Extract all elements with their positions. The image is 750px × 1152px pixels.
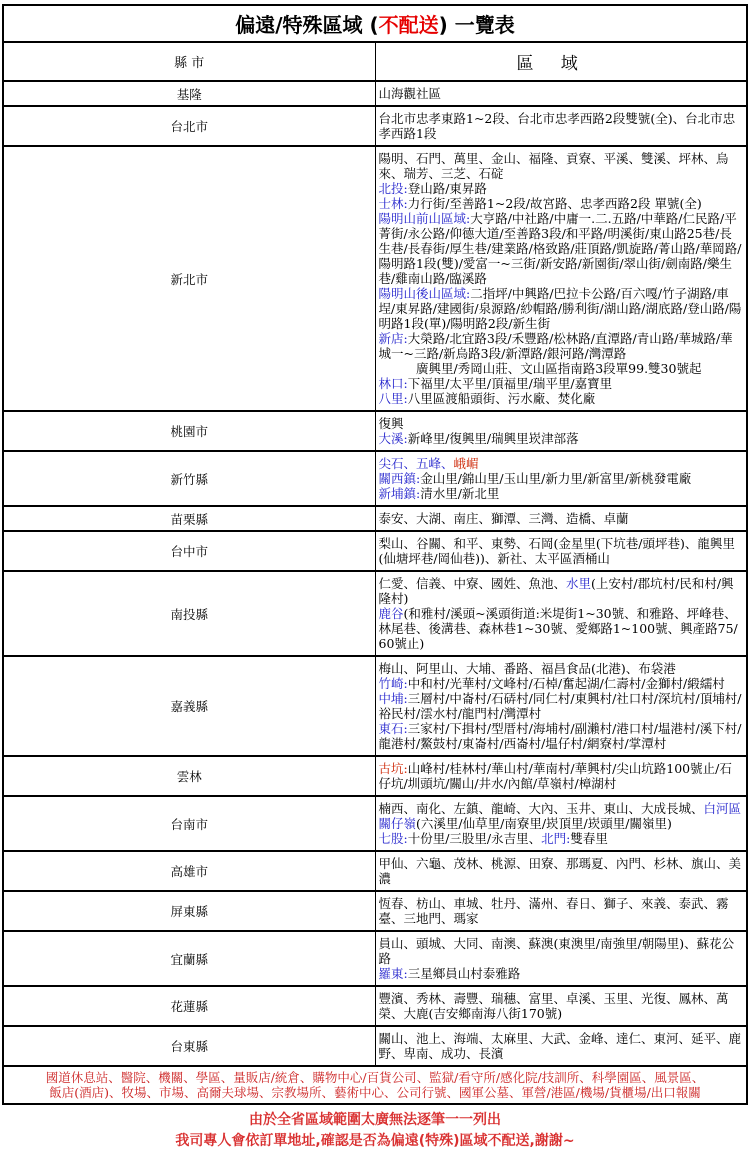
footer-line-2: 我司專人會依訂單地址,確認是否為偏遠(特殊)區域不配送,謝謝~ — [2, 1131, 748, 1152]
region-cell: 陽明、石門、萬里、金山、福隆、貢寮、平溪、雙溪、坪林、烏來、瑞芳、三芝、石碇北投… — [375, 146, 747, 411]
notice-line: 國道休息站、醫院、機關、學區、量販店/統倉、購物中心/百貨公司、監獄/看守所/感… — [6, 1070, 744, 1085]
district-label: 陽明山前山區域: — [379, 211, 471, 226]
table-row: 基隆山海觀社區 — [3, 81, 747, 106]
district-label: 東石: — [379, 721, 408, 736]
notice-box: 國道休息站、醫院、機關、學區、量販店/統倉、購物中心/百貨公司、監獄/看守所/感… — [3, 1066, 747, 1104]
region-text: 金山里/錦山里/玉山里/新力里/新富里/新桃發電廠 — [420, 471, 691, 486]
county-label: 屏東縣 — [3, 891, 375, 931]
region-text: 關山、池上、海端、太麻里、大武、金峰、達仁、東河、延平、鹿野、卑南、成功、長濱 — [379, 1031, 742, 1061]
table-row: 台東縣關山、池上、海端、太麻里、大武、金峰、達仁、東河、延平、鹿野、卑南、成功、… — [3, 1026, 747, 1066]
county-label: 高雄市 — [3, 851, 375, 891]
region-cell: 泰安、大湖、南庄、獅潭、三灣、造橋、卓蘭 — [375, 506, 747, 531]
region-cell: 甲仙、六龜、茂林、桃源、田寮、那瑪夏、內門、杉林、旗山、美濃 — [375, 851, 747, 891]
region-line: 豐濱、秀林、壽豐、瑞穗、富里、卓溪、玉里、光復、鳳林、萬榮、大鹿(吉安鄉南海八街… — [379, 991, 744, 1021]
district-label: 關西鎮: — [379, 471, 421, 486]
region-cell: 尖石、五峰、峨嵋關西鎮:金山里/錦山里/玉山里/新力里/新富里/新桃發電廠新埔鎮… — [375, 451, 747, 506]
region-line: 甲仙、六龜、茂林、桃源、田寮、那瑪夏、內門、杉林、旗山、美濃 — [379, 856, 744, 886]
table-row: 屏東縣恆春、枋山、車城、牡丹、滿州、春日、獅子、來義、泰武、霧臺、三地門、瑪家 — [3, 891, 747, 931]
region-text: 復興 — [379, 416, 404, 431]
county-label: 新竹縣 — [3, 451, 375, 506]
region-column-header: 區域 — [375, 42, 747, 81]
district-label: 水里 — [566, 576, 591, 591]
region-text: 梨山、谷關、和平、東勢、石岡(金星里(下坑巷/頭坪巷)、龍興里(仙塘坪巷/岡仙巷… — [379, 536, 735, 566]
region-line: 梨山、谷關、和平、東勢、石岡(金星里(下坑巷/頭坪巷)、龍興里(仙塘坪巷/岡仙巷… — [379, 536, 744, 566]
region-text: 陽明、石門、萬里、金山、福隆、貢寮、平溪、雙溪、坪林、烏來、瑞芳、三芝、石碇 — [379, 151, 729, 181]
page-sheet: 偏遠/特殊區域 (不配送) 一覽表 縣 市 區域 基隆山海觀社區台北市台北市忠孝… — [0, 0, 750, 1152]
region-text: 梅山、阿里山、大埔、番路、福昌食品(北港)、布袋港 — [379, 661, 676, 676]
county-label: 桃園市 — [3, 411, 375, 451]
region-line: 泰安、大湖、南庄、獅潭、三灣、造橋、卓蘭 — [379, 511, 744, 526]
region-text: 中和村/光華村/文峰村/石棹/奮起湖/仁壽村/金獅村/緞繻村 — [408, 676, 725, 691]
region-text: 廣興里/秀岡山莊、文山區指南路3段單99.雙30號起 — [379, 361, 702, 376]
region-text: 登山路/東昇路 — [408, 181, 487, 196]
region-cell: 員山、頭城、大同、南澳、蘇澳(東澳里/南強里/朝陽里)、蘇花公路羅東:三星鄉員山… — [375, 931, 747, 986]
header-row: 縣 市 區域 — [3, 42, 747, 81]
table-row: 苗栗縣泰安、大湖、南庄、獅潭、三灣、造橋、卓蘭 — [3, 506, 747, 531]
region-line: 關西鎮:金山里/錦山里/玉山里/新力里/新富里/新桃發電廠 — [379, 471, 744, 486]
region-text: (六溪里/仙草里/南寮里/崁頂里/崁頭里/關嶺里) — [416, 816, 672, 831]
district-label: 七股: — [379, 831, 408, 846]
region-line: 山海觀社區 — [379, 86, 744, 101]
region-text: 恆春、枋山、車城、牡丹、滿州、春日、獅子、來義、泰武、霧臺、三地門、瑪家 — [379, 896, 729, 926]
region-line: 東石:三家村/下揖村/型厝村/海埔村/副瀨村/港口村/塭港村/溪下村/龍港村/鰲… — [379, 721, 744, 751]
title-row: 偏遠/特殊區域 (不配送) 一覽表 — [3, 5, 747, 42]
region-cell: 梅山、阿里山、大埔、番路、福昌食品(北港)、布袋港竹崎:中和村/光華村/文峰村/… — [375, 656, 747, 756]
table-row: 宜蘭縣員山、頭城、大同、南澳、蘇澳(東澳里/南強里/朝陽里)、蘇花公路羅東:三星… — [3, 931, 747, 986]
county-label: 花蓮縣 — [3, 986, 375, 1026]
table-row: 台南市楠西、南化、左鎮、龍崎、大內、玉井、東山、大成長城、白河區關仔嶺(六溪里/… — [3, 796, 747, 851]
region-text: 清水里/新北里 — [420, 486, 499, 501]
district-label: 峨嵋 — [454, 456, 479, 471]
region-text: 大榮路/北宜路3段/禾豐路/松林路/直潭路/青山路/華城路/華城一~三路/新烏路… — [379, 331, 733, 361]
region-line: 員山、頭城、大同、南澳、蘇澳(東澳里/南強里/朝陽里)、蘇花公路 — [379, 936, 744, 966]
region-line: 恆春、枋山、車城、牡丹、滿州、春日、獅子、來義、泰武、霧臺、三地門、瑪家 — [379, 896, 744, 926]
table-row: 新北市陽明、石門、萬里、金山、福隆、貢寮、平溪、雙溪、坪林、烏來、瑞芳、三芝、石… — [3, 146, 747, 411]
page-title: 偏遠/特殊區域 (不配送) 一覽表 — [3, 5, 747, 42]
region-line: 陽明、石門、萬里、金山、福隆、貢寮、平溪、雙溪、坪林、烏來、瑞芳、三芝、石碇 — [379, 151, 744, 181]
district-label: 中埔: — [379, 691, 408, 706]
region-text: 力行街/至善路1~2段/故宮路、忠孝西路2段 單號(全) — [408, 196, 702, 211]
region-line: 尖石、五峰、峨嵋 — [379, 456, 744, 471]
region-line: 北投:登山路/東昇路 — [379, 181, 744, 196]
district-label: 鹿谷 — [379, 606, 404, 621]
region-cell: 豐濱、秀林、壽豐、瑞穗、富里、卓溪、玉里、光復、鳳林、萬榮、大鹿(吉安鄉南海八街… — [375, 986, 747, 1026]
title-no-delivery: 不配送 — [379, 13, 439, 37]
region-cell: 古坑:山峰村/桂林村/華山村/華南村/華興村/尖山坑路100號止/石仔坑/圳頭坑… — [375, 756, 747, 796]
county-label: 台北市 — [3, 106, 375, 146]
footer-line-1: 由於全省區域範圍太廣無法逐筆一一列出 — [2, 1110, 748, 1131]
region-table-body: 基隆山海觀社區台北市台北市忠孝東路1~2段、台北市忠孝西路2段雙號(全)、台北市… — [3, 81, 747, 1066]
region-line: 陽明山前山區域:大亨路/中社路/中庸一.二.五路/中華路/仁民路/平菁街/永公路… — [379, 211, 744, 286]
table-row: 台中市梨山、谷關、和平、東勢、石岡(金星里(下坑巷/頭坪巷)、龍興里(仙塘坪巷/… — [3, 531, 747, 571]
region-text: 三星鄉員山村泰雅路 — [408, 966, 521, 981]
region-line: 新店:大榮路/北宜路3段/禾豐路/松林路/直潭路/青山路/華城路/華城一~三路/… — [379, 331, 744, 361]
county-label: 台中市 — [3, 531, 375, 571]
county-label: 新北市 — [3, 146, 375, 411]
region-text: 台北市忠孝東路1~2段、台北市忠孝西路2段雙號(全)、台北市忠孝西路1段 — [379, 111, 736, 141]
county-label: 苗栗縣 — [3, 506, 375, 531]
district-label: 林口: — [379, 376, 408, 391]
district-label: 竹崎: — [379, 676, 408, 691]
district-label: 八里: — [379, 391, 408, 406]
county-label: 基隆 — [3, 81, 375, 106]
county-column-header: 縣 市 — [3, 42, 375, 81]
table-row: 南投縣仁愛、信義、中寮、國姓、魚池、水里(上安村/郡坑村/民和村/興隆村)鹿谷(… — [3, 571, 747, 656]
region-cell: 關山、池上、海端、太麻里、大武、金峰、達仁、東河、延平、鹿野、卑南、成功、長濱 — [375, 1026, 747, 1066]
region-line: 關山、池上、海端、太麻里、大武、金峰、達仁、東河、延平、鹿野、卑南、成功、長濱 — [379, 1031, 744, 1061]
region-cell: 仁愛、信義、中寮、國姓、魚池、水里(上安村/郡坑村/民和村/興隆村)鹿谷(和雅村… — [375, 571, 747, 656]
region-cell: 梨山、谷關、和平、東勢、石岡(金星里(下坑巷/頭坪巷)、龍興里(仙塘坪巷/岡仙巷… — [375, 531, 747, 571]
region-line: 竹崎:中和村/光華村/文峰村/石棹/奮起湖/仁壽村/金獅村/緞繻村 — [379, 676, 744, 691]
district-label: 新店: — [379, 331, 408, 346]
district-label: 大溪: — [379, 431, 408, 446]
region-cell: 山海觀社區 — [375, 81, 747, 106]
region-cell: 恆春、枋山、車城、牡丹、滿州、春日、獅子、來義、泰武、霧臺、三地門、瑪家 — [375, 891, 747, 931]
district-label: 羅東: — [379, 966, 408, 981]
region-text: 豐濱、秀林、壽豐、瑞穗、富里、卓溪、玉里、光復、鳳林、萬榮、大鹿(吉安鄉南海八街… — [379, 991, 729, 1021]
region-line: 陽明山後山區域:二指坪/中興路/巴拉卡公路/百六嘎/竹子湖路/車埕/東昇路/建國… — [379, 286, 744, 331]
region-line: 新埔鎮:清水里/新北里 — [379, 486, 744, 501]
region-cell: 復興大溪:新峰里/復興里/瑞興里崁津部落 — [375, 411, 747, 451]
region-text: 下福里/太平里/頂福里/瑞平里/嘉寶里 — [408, 376, 612, 391]
district-label: 北門: — [541, 831, 570, 846]
region-text: (和雅村/溪頭~溪頭街道:米堤街1~30號、和雅路、坪峰巷、林尾巷、後溝巷、森林… — [379, 606, 738, 651]
footer-note: 由於全省區域範圍太廣無法逐筆一一列出 我司專人會依訂單地址,確認是否為偏遠(特殊… — [2, 1110, 748, 1152]
region-cell: 楠西、南化、左鎮、龍崎、大內、玉井、東山、大成長城、白河區關仔嶺(六溪里/仙草里… — [375, 796, 747, 851]
region-line: 廣興里/秀岡山莊、文山區指南路3段單99.雙30號起 — [379, 361, 744, 376]
region-text: 楠西、南化、左鎮、龍崎、大內、玉井、東山、大成長城、 — [379, 801, 704, 816]
region-line: 士林:力行街/至善路1~2段/故宮路、忠孝西路2段 單號(全) — [379, 196, 744, 211]
region-line: 鹿谷(和雅村/溪頭~溪頭街道:米堤街1~30號、和雅路、坪峰巷、林尾巷、後溝巷、… — [379, 606, 744, 651]
region-line: 梅山、阿里山、大埔、番路、福昌食品(北港)、布袋港 — [379, 661, 744, 676]
table-row: 花蓮縣豐濱、秀林、壽豐、瑞穗、富里、卓溪、玉里、光復、鳳林、萬榮、大鹿(吉安鄉南… — [3, 986, 747, 1026]
region-text: 三家村/下揖村/型厝村/海埔村/副瀨村/港口村/塭港村/溪下村/龍港村/鰲鼓村/… — [379, 721, 742, 751]
table-row: 台北市台北市忠孝東路1~2段、台北市忠孝西路2段雙號(全)、台北市忠孝西路1段 — [3, 106, 747, 146]
region-line: 中埔:三層村/中崙村/石硦村/同仁村/東興村/社口村/深坑村/頂埔村/裕民村/澐… — [379, 691, 744, 721]
region-text: 山峰村/桂林村/華山村/華南村/華興村/尖山坑路100號止/石仔坑/圳頭坑/關山… — [379, 761, 732, 791]
region-text: 仁愛、信義、中寮、國姓、魚池、 — [379, 576, 567, 591]
table-row: 高雄市甲仙、六龜、茂林、桃源、田寮、那瑪夏、內門、杉林、旗山、美濃 — [3, 851, 747, 891]
district-label: 新埔鎮: — [379, 486, 421, 501]
region-text: 十份里/三股里/永吉里、 — [408, 831, 541, 846]
notice-line: 飯店(酒店)、牧場、市場、高爾夫球場、宗教場所、藝術中心、公司行號、國軍公墓、軍… — [6, 1085, 744, 1100]
table-row: 嘉義縣梅山、阿里山、大埔、番路、福昌食品(北港)、布袋港竹崎:中和村/光華村/文… — [3, 656, 747, 756]
remote-area-table: 偏遠/特殊區域 (不配送) 一覽表 縣 市 區域 基隆山海觀社區台北市台北市忠孝… — [2, 4, 748, 1105]
table-row: 桃園市復興大溪:新峰里/復興里/瑞興里崁津部落 — [3, 411, 747, 451]
notice-row: 國道休息站、醫院、機關、學區、量販店/統倉、購物中心/百貨公司、監獄/看守所/感… — [3, 1066, 747, 1104]
county-label: 宜蘭縣 — [3, 931, 375, 986]
region-line: 羅東:三星鄉員山村泰雅路 — [379, 966, 744, 981]
region-line: 林口:下福里/太平里/頂福里/瑞平里/嘉寶里 — [379, 376, 744, 391]
region-line: 台北市忠孝東路1~2段、台北市忠孝西路2段雙號(全)、台北市忠孝西路1段 — [379, 111, 744, 141]
county-label: 台南市 — [3, 796, 375, 851]
region-line: 大溪:新峰里/復興里/瑞興里崁津部落 — [379, 431, 744, 446]
region-text: 泰安、大湖、南庄、獅潭、三灣、造橋、卓蘭 — [379, 511, 629, 526]
region-text: 雙春里 — [570, 831, 608, 846]
region-text: 山海觀社區 — [379, 86, 442, 101]
district-label: 士林: — [379, 196, 408, 211]
region-text: 三層村/中崙村/石硦村/同仁村/東興村/社口村/深坑村/頂埔村/裕民村/澐水村/… — [379, 691, 742, 721]
region-line: 古坑:山峰村/桂林村/華山村/華南村/華興村/尖山坑路100號止/石仔坑/圳頭坑… — [379, 761, 744, 791]
region-line: 八里:八里區渡船頭街、污水廠、焚化廠 — [379, 391, 744, 406]
district-label: 古坑: — [379, 761, 408, 776]
region-text: 八里區渡船頭街、污水廠、焚化廠 — [408, 391, 596, 406]
region-line: 七股:十份里/三股里/永吉里、北門:雙春里 — [379, 831, 744, 846]
county-label: 台東縣 — [3, 1026, 375, 1066]
region-cell: 台北市忠孝東路1~2段、台北市忠孝西路2段雙號(全)、台北市忠孝西路1段 — [375, 106, 747, 146]
region-line: 復興 — [379, 416, 744, 431]
county-label: 嘉義縣 — [3, 656, 375, 756]
region-text: 甲仙、六龜、茂林、桃源、田寮、那瑪夏、內門、杉林、旗山、美濃 — [379, 856, 742, 886]
title-suffix: ) 一覽表 — [439, 13, 515, 37]
district-label: 北投: — [379, 181, 408, 196]
region-text: 新峰里/復興里/瑞興里崁津部落 — [408, 431, 579, 446]
table-row: 雲林古坑:山峰村/桂林村/華山村/華南村/華興村/尖山坑路100號止/石仔坑/圳… — [3, 756, 747, 796]
table-row: 新竹縣尖石、五峰、峨嵋關西鎮:金山里/錦山里/玉山里/新力里/新富里/新桃發電廠… — [3, 451, 747, 506]
region-text: 員山、頭城、大同、南澳、蘇澳(東澳里/南強里/朝陽里)、蘇花公路 — [379, 936, 735, 966]
region-line: 楠西、南化、左鎮、龍崎、大內、玉井、東山、大成長城、白河區關仔嶺(六溪里/仙草里… — [379, 801, 744, 831]
county-label: 雲林 — [3, 756, 375, 796]
title-prefix: 偏遠/特殊區域 ( — [235, 13, 378, 37]
district-label: 尖石、五峰、 — [379, 456, 454, 471]
region-line: 仁愛、信義、中寮、國姓、魚池、水里(上安村/郡坑村/民和村/興隆村) — [379, 576, 744, 606]
district-label: 陽明山後山區域: — [379, 286, 471, 301]
county-label: 南投縣 — [3, 571, 375, 656]
